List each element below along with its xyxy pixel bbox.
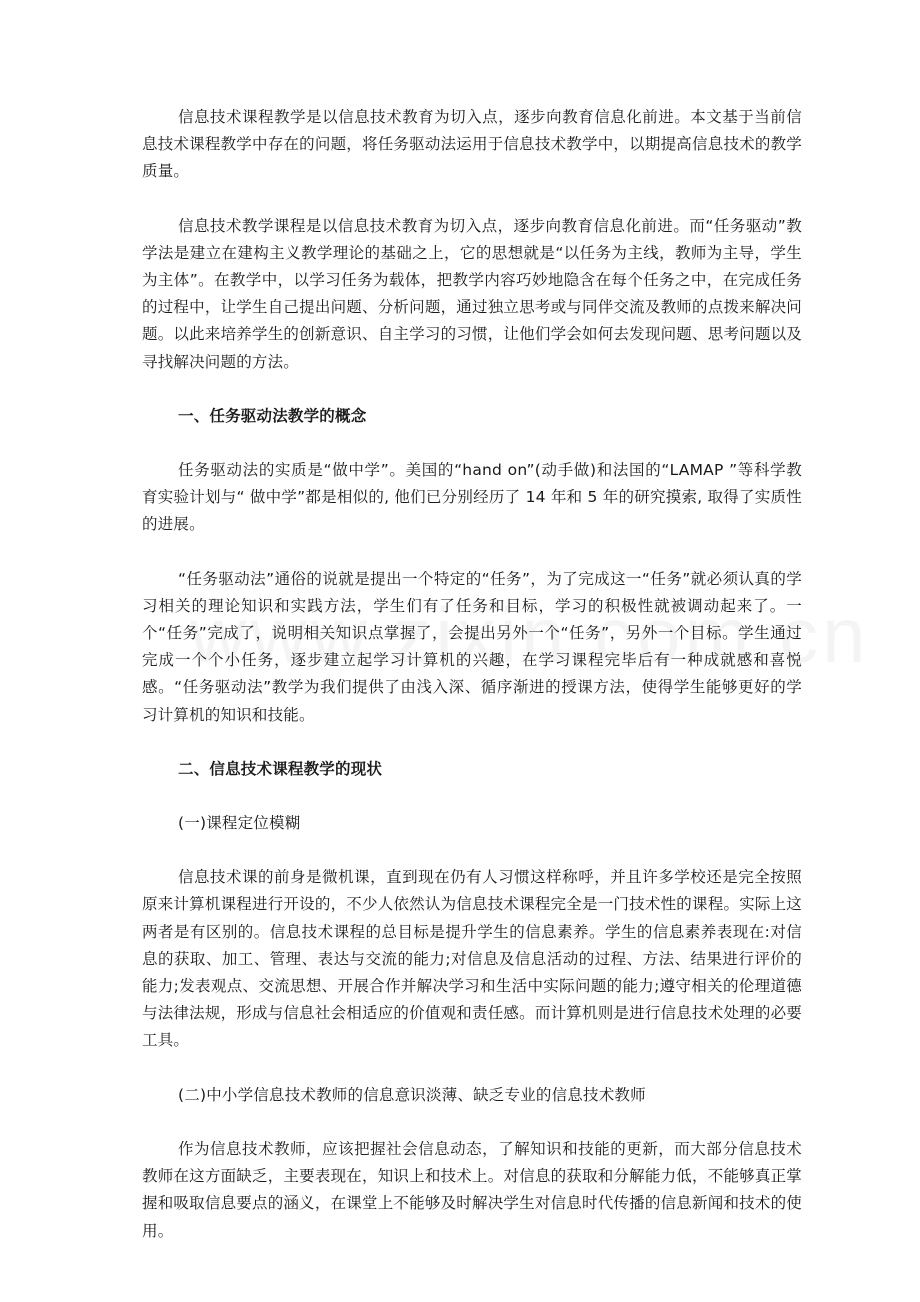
section-2-heading: 二、信息技术课程教学的现状 xyxy=(142,756,802,783)
section-1-paragraph-2: “任务驱动法”通俗的说就是提出一个特定的“任务”，为了完成这一“任务”就必须认真… xyxy=(142,566,802,729)
subsection-2-heading: (二)中小学信息技术教师的信息意识淡薄、缺乏专业的信息技术教师 xyxy=(142,1082,802,1109)
subsection-2-paragraph: 作为信息技术教师，应该把握社会信息动态，了解知识和技能的更新，而大部分信息技术教… xyxy=(142,1136,802,1245)
section-1-paragraph-1: 任务驱动法的实质是“做中学”。美国的“hand on”(动手做)和法国的“LAM… xyxy=(142,457,802,539)
section-1-heading: 一、任务驱动法教学的概念 xyxy=(142,403,802,430)
task-driven-overview-paragraph: 信息技术教学课程是以信息技术教育为切入点，逐步向教育信息化前进。而“任务驱动”教… xyxy=(142,213,802,376)
subsection-1-heading: (一)课程定位模糊 xyxy=(142,810,802,837)
intro-paragraph: 信息技术课程教学是以信息技术教育为切入点，逐步向教育信息化前进。本文基于当前信息… xyxy=(142,104,802,186)
subsection-1-paragraph: 信息技术课的前身是微机课，直到现在仍有人习惯这样称呼，并且许多学校还是完全按照原… xyxy=(142,864,802,1054)
document-page: 信息技术课程教学是以信息技术教育为切入点，逐步向教育信息化前进。本文基于当前信息… xyxy=(142,104,802,1272)
